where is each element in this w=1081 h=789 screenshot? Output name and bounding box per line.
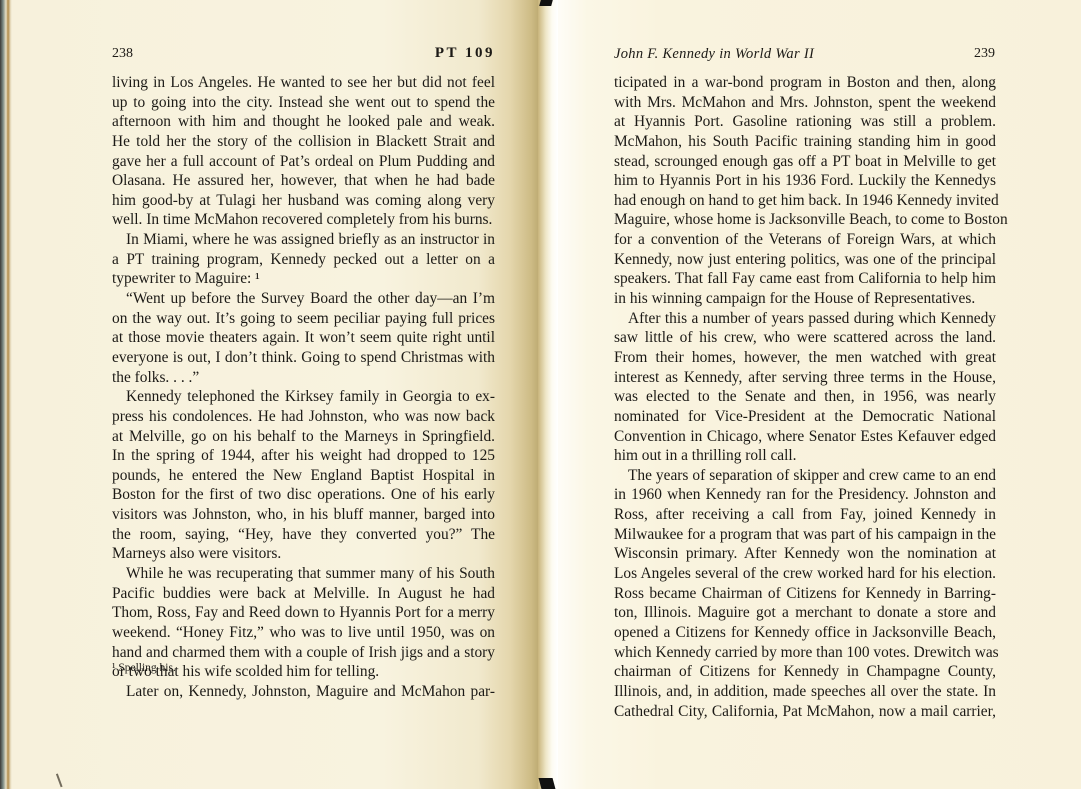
text-line: at those movie theaters again. It won’t … <box>112 328 495 348</box>
text-line: Los Angeles several of the crew worked h… <box>614 564 996 584</box>
text-line: chairman of Citizens for Kennedy in Cham… <box>614 662 996 682</box>
text-line: pounds, he entered the New England Bapti… <box>112 466 495 486</box>
text-line: While he was recuperating that summer ma… <box>112 564 495 584</box>
text-line: Later on, Kennedy, Johnston, Maguire and… <box>112 682 495 702</box>
text-line: press his condolences. He had Johnston, … <box>112 407 495 427</box>
text-line: at Melville, go on his behalf to the Mar… <box>112 427 495 447</box>
text-line: in his winning campaign for the House of… <box>614 289 996 309</box>
right-page-body: ticipated in a war-bond program in Bosto… <box>614 73 996 721</box>
text-line: which Kennedy carried by more than 100 v… <box>614 643 996 663</box>
text-line: stead, scrounged enough gas off a PT boa… <box>614 152 996 172</box>
text-line: afternoon with him and thought he looked… <box>112 112 495 132</box>
text-line: visitors was Johnston, who, in his bluff… <box>112 505 495 525</box>
text-line: Maguire, whose home is Jacksonville Beac… <box>614 210 996 230</box>
text-line: Illinois, and, in addition, made speeche… <box>614 682 996 702</box>
text-line: From their homes, however, the men watch… <box>614 348 996 368</box>
text-line: nominated for Vice-President at the Demo… <box>614 407 996 427</box>
footnote: ¹ Spelling his. <box>112 662 176 674</box>
text-line: Ross became Chairman of Citizens for Ken… <box>614 584 996 604</box>
text-line: The years of separation of skipper and c… <box>614 466 996 486</box>
left-page-header: 238 PT 109 <box>112 46 495 66</box>
right-page-header: John F. Kennedy in World War II 239 <box>614 46 995 66</box>
text-line: Thom, Ross, Fay and Reed down to Hyannis… <box>112 603 495 623</box>
text-line: typewriter to Maguire: ¹ <box>112 269 495 289</box>
text-line: the folks. . . .” <box>112 368 495 388</box>
text-line: ton, Illinois. Maguire got a merchant to… <box>614 603 996 623</box>
running-title: John F. Kennedy in World War II <box>614 46 814 63</box>
text-line: After this a number of years passed duri… <box>614 309 996 329</box>
text-line: In the spring of 1944, after his weight … <box>112 446 495 466</box>
text-line: Convention in Chicago, where Senator Est… <box>614 427 996 447</box>
text-line: He told her the story of the collision i… <box>112 132 495 152</box>
running-title: PT 109 <box>435 45 495 62</box>
text-line: Pacific buddies were back at Melville. I… <box>112 584 495 604</box>
text-line: on the way out. It’s going to seem pecil… <box>112 309 495 329</box>
text-line: Kennedy, now just entering politics, was… <box>614 250 996 270</box>
book-spread: 238 PT 109 John F. Kennedy in World War … <box>0 0 1081 789</box>
text-line: had enough on hand to get him back. In 1… <box>614 191 996 211</box>
text-line: Kennedy telephoned the Kirksey family in… <box>112 387 495 407</box>
text-line: him to Hyannis Port in his 1936 Ford. Lu… <box>614 171 996 191</box>
text-line: a PT training program, Kennedy pecked ou… <box>112 250 495 270</box>
left-page-body: living in Los Angeles. He wanted to see … <box>112 73 495 702</box>
text-line: Ross, after receiving a call from Fay, j… <box>614 505 996 525</box>
text-line: for a convention of the Veterans of Fore… <box>614 230 996 250</box>
text-line: was elected to the Senate and then, in 1… <box>614 387 996 407</box>
text-line: Cathedral City, California, Pat McMahon,… <box>614 702 996 722</box>
text-line: Marneys also were visitors. <box>112 544 495 564</box>
text-line: the room, saying, “Hey, have they conver… <box>112 525 495 545</box>
text-line: McMahon, his South Pacific training stan… <box>614 132 996 152</box>
text-line: living in Los Angeles. He wanted to see … <box>112 73 495 93</box>
text-line: Wisconsin primary. After Kennedy won the… <box>614 544 996 564</box>
text-line: saw little of his crew, who were scatter… <box>614 328 996 348</box>
text-line: In Miami, where he was assigned briefly … <box>112 230 495 250</box>
text-line: up to going into the city. Instead she w… <box>112 93 495 113</box>
page-number: 238 <box>112 46 133 62</box>
spine-shadow-top <box>539 0 553 6</box>
book-gutter <box>538 0 558 789</box>
text-line: with Mrs. McMahon and Mrs. Johnston, spe… <box>614 93 996 113</box>
text-line: at Hyannis Port. Gasoline rationing was … <box>614 112 996 132</box>
text-line: weekend. “Honey Fitz,” who was to live u… <box>112 623 495 643</box>
text-line: speakers. That fall Fay came east from C… <box>614 269 996 289</box>
text-line: him good-by at Tulagi her husband was co… <box>112 191 495 211</box>
text-line: in 1960 when Kennedy ran for the Preside… <box>614 485 996 505</box>
text-line: hand and charmed them with a couple of I… <box>112 643 495 663</box>
text-line: Milwaukee for a program that was part of… <box>614 525 996 545</box>
text-line: interest as Kennedy, after serving three… <box>614 368 996 388</box>
text-line: opened a Citizens for Kennedy office in … <box>614 623 996 643</box>
text-line: Olasana. He assured her, however, that w… <box>112 171 495 191</box>
text-line: Boston for the first of two disc operati… <box>112 485 495 505</box>
text-line: him out in a thrilling roll call. <box>614 446 996 466</box>
text-line: well. In time McMahon recovered complete… <box>112 210 495 230</box>
text-line: gave her a full account of Pat’s ordeal … <box>112 152 495 172</box>
text-line: “Went up before the Survey Board the oth… <box>112 289 495 309</box>
spine-shadow-bottom <box>539 778 556 789</box>
page-number: 239 <box>974 46 995 62</box>
text-line: ticipated in a war-bond program in Bosto… <box>614 73 996 93</box>
text-line: everyone is out, I don’t think. Going to… <box>112 348 495 368</box>
